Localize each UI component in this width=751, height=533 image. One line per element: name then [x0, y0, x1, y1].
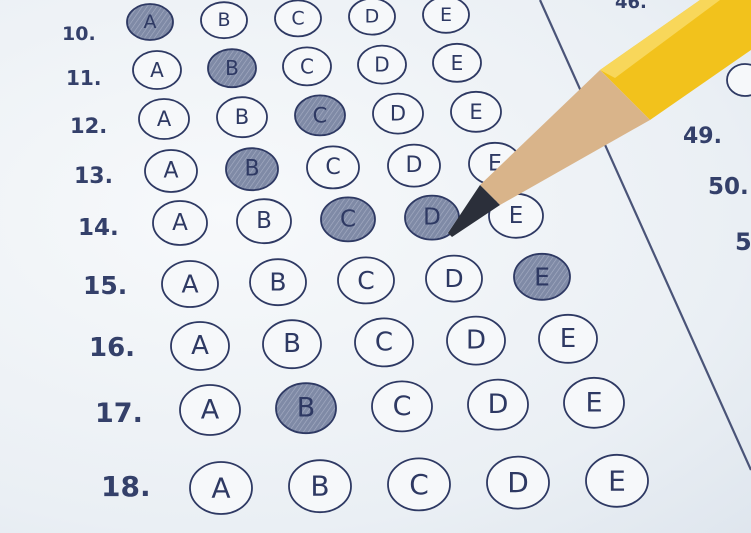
answer-bubble-e[interactable]: E	[423, 0, 469, 33]
answer-bubble-c[interactable]: C	[355, 318, 413, 366]
right-column-question-number: 5	[735, 228, 751, 256]
answer-bubble-a[interactable]: A	[133, 51, 181, 89]
answer-bubble-b[interactable]: B	[208, 49, 256, 87]
answer-bubble-e[interactable]: E	[586, 455, 648, 507]
question-number: 10.	[62, 23, 96, 45]
bubble-letter: B	[244, 157, 259, 182]
bubble-letter: D	[423, 205, 441, 231]
answer-bubble-d[interactable]: D	[388, 145, 440, 187]
bubble-letter: D	[444, 264, 463, 293]
bubble-letter: C	[409, 468, 429, 501]
answer-bubble-d[interactable]: D	[358, 46, 406, 84]
answer-sheet-photo: 10.ABCDE11.ABCDE12.ABCDE13.ABCDE14.ABCDE…	[0, 0, 751, 533]
answer-bubble-e[interactable]: E	[433, 44, 481, 82]
question-row: 12.ABCDE	[70, 92, 501, 139]
question-number: 13.	[74, 164, 113, 189]
answer-bubble-b[interactable]: B	[237, 199, 291, 243]
question-row: 13.ABCDE	[74, 143, 521, 192]
answer-bubble-a[interactable]	[727, 64, 751, 96]
bubble-letter: B	[256, 208, 272, 234]
bubble-letter: A	[144, 11, 157, 33]
answer-bubble-c[interactable]: C	[275, 0, 321, 36]
answer-bubble-a[interactable]: A	[190, 462, 252, 514]
bubble-letter: E	[608, 464, 626, 497]
bubble-letter: E	[534, 262, 550, 291]
bubble-letter: D	[390, 102, 406, 126]
bubble-letter: E	[509, 203, 524, 229]
question-number: 18.	[101, 470, 151, 503]
question-row: 11.ABCDE	[66, 44, 481, 90]
answer-bubble-a[interactable]: A	[180, 385, 240, 435]
right-column-question-number: 46.	[615, 0, 647, 13]
bubble-letter: B	[269, 268, 286, 297]
question-number: 12.	[70, 114, 107, 138]
answer-bubble-a[interactable]: A	[145, 150, 197, 192]
answer-bubble-b[interactable]: B	[226, 148, 278, 190]
question-row: 10.ABCDE	[62, 0, 469, 45]
bubble-letter: A	[181, 270, 198, 299]
question-number: 14.	[78, 215, 119, 241]
question-number: 11.	[66, 66, 101, 90]
answer-bubble-c[interactable]: C	[321, 197, 375, 241]
answer-bubble-d[interactable]: D	[447, 317, 505, 365]
question-number: 16.	[89, 333, 135, 363]
question-number: 15.	[83, 271, 127, 300]
answer-bubble-b[interactable]: B	[289, 460, 351, 512]
answer-bubble-c[interactable]: C	[372, 381, 432, 431]
bubble-letter: E	[585, 387, 602, 418]
answer-bubble-d[interactable]: D	[349, 0, 395, 35]
answer-sheet: 10.ABCDE11.ABCDE12.ABCDE13.ABCDE14.ABCDE…	[0, 0, 751, 533]
answer-bubble-a[interactable]: A	[139, 99, 189, 139]
bubble-letter: C	[300, 54, 314, 78]
bubble-letter: D	[466, 326, 486, 356]
bubble-letter: A	[211, 472, 230, 505]
answer-bubble-e[interactable]: E	[514, 254, 570, 300]
bubble-letter: C	[313, 103, 328, 127]
bubble-letter: A	[191, 331, 209, 361]
bubble-letter: C	[291, 7, 304, 29]
bubble-letter: B	[235, 105, 249, 129]
answer-bubble-c[interactable]: C	[295, 95, 345, 135]
bubble-letter: A	[172, 210, 188, 236]
answer-bubble-b[interactable]: B	[276, 383, 336, 433]
answer-bubble-b[interactable]: B	[217, 97, 267, 137]
right-column-question-number: 49.	[683, 124, 722, 149]
bubble-letter: D	[507, 466, 529, 499]
answer-bubble-d[interactable]: D	[373, 94, 423, 134]
bubble-letter: E	[560, 324, 576, 354]
bubble-letter: E	[440, 4, 452, 26]
answer-bubble-a[interactable]: A	[153, 201, 207, 245]
question-number: 17.	[95, 398, 143, 429]
answer-bubble-d[interactable]: D	[487, 457, 549, 509]
bubble-letter: B	[297, 393, 316, 424]
answer-bubble-e[interactable]: E	[451, 92, 501, 132]
bubble-letter: C	[340, 206, 356, 232]
question-row: 16.ABCDE	[89, 315, 597, 370]
answer-bubble-e[interactable]: E	[564, 378, 624, 428]
bubble-letter: A	[157, 107, 172, 131]
answer-bubble-c[interactable]: C	[338, 257, 394, 303]
bubble-letter: B	[310, 470, 329, 503]
bubble-letter: B	[225, 56, 239, 80]
answer-bubble-a[interactable]: A	[171, 322, 229, 370]
bubble-letter: D	[488, 389, 509, 420]
bubble-letter: C	[357, 266, 374, 295]
right-column-question-number: 50.	[708, 174, 749, 200]
bubble-letter: D	[406, 153, 423, 178]
answer-bubble-d[interactable]: D	[426, 256, 482, 302]
answer-bubble-c[interactable]: C	[307, 146, 359, 188]
bubble-letter: B	[217, 9, 230, 31]
bubble-letter: D	[365, 6, 380, 28]
bubble-letter: A	[163, 159, 178, 184]
bubble-letter: A	[201, 395, 220, 426]
bubble-letter: E	[469, 100, 482, 124]
bubble-letter: C	[393, 391, 412, 422]
answer-bubble-a[interactable]: A	[127, 4, 173, 40]
answer-bubble-b[interactable]: B	[201, 2, 247, 38]
bubble-letter: C	[325, 155, 340, 180]
answer-bubble-b[interactable]: B	[250, 259, 306, 305]
bubble-letter: C	[375, 327, 393, 357]
answer-bubble-b[interactable]: B	[263, 320, 321, 368]
bubble-letter: A	[150, 58, 164, 82]
bubble-letter: D	[374, 53, 389, 77]
answer-bubble-d[interactable]: D	[468, 380, 528, 430]
bubble-letter: B	[283, 329, 301, 359]
bubble-letter: E	[451, 51, 464, 75]
answer-bubble-e[interactable]: E	[539, 315, 597, 363]
answer-bubble-a[interactable]: A	[162, 261, 218, 307]
question-row: 15.ABCDE	[83, 254, 570, 307]
answer-bubble-c[interactable]: C	[388, 458, 450, 510]
answer-bubble-c[interactable]: C	[283, 47, 331, 85]
question-row: 18.ABCDE	[101, 455, 648, 514]
question-row: 17.ABCDE	[95, 378, 624, 435]
